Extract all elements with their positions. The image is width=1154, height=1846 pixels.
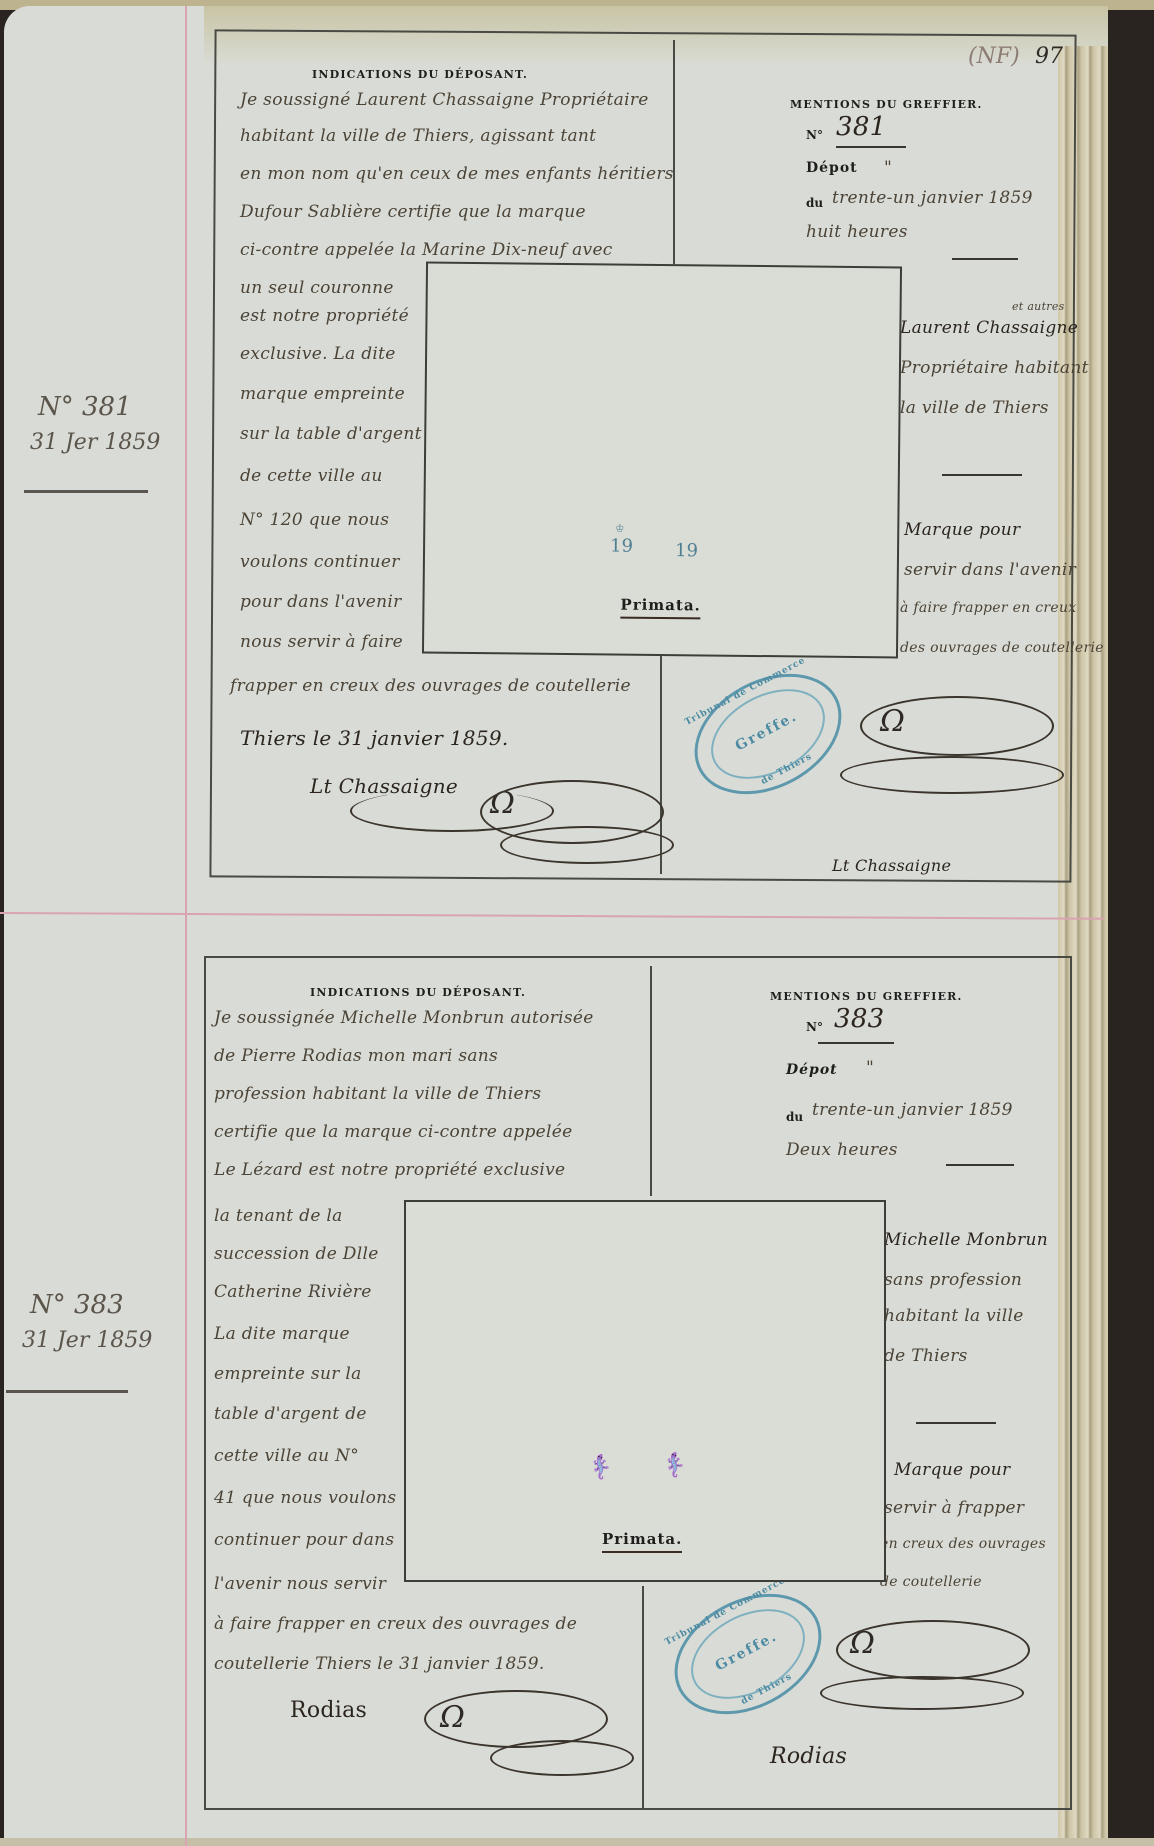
column-divider-top [650, 966, 652, 1196]
clerk-depositor-line: habitant la ville [884, 1306, 1024, 1326]
lizard-icon: 🦎 [657, 1447, 691, 1481]
clerk-purpose-line: des ouvrages de coutellerie [900, 640, 1104, 656]
declaration-date-line: Thiers le 31 janvier 1859. [240, 726, 509, 750]
clerk-header: Mentions du greffier. [770, 990, 963, 1003]
declaration-line: cette ville au N° [214, 1446, 359, 1466]
declaration-date-line: coutellerie Thiers le 31 janvier 1859. [214, 1654, 545, 1674]
margin-note-number: N° 383 [30, 1290, 152, 1320]
margin-line-vertical [185, 6, 187, 1846]
time-rule [946, 1164, 1014, 1166]
clerk-signature-flourish [860, 696, 1054, 756]
section-rule [916, 1422, 996, 1424]
margin-note-date: 31 Jer 1859 [30, 430, 160, 455]
declaration-line: certifie que la marque ci-contre appelée [214, 1122, 572, 1142]
declaration-line: succession de Dlle [214, 1244, 379, 1264]
clerk-depositor-signature: Lt Chassaigne [832, 856, 951, 875]
declaration-line: 41 que nous voulons [214, 1488, 396, 1508]
margin-note: N° 381 31 Jer 1859 [38, 392, 160, 455]
deposit-date: trente-un janvier 1859 [832, 188, 1033, 208]
column-divider-top [673, 40, 675, 270]
clerk-purpose-line: Marque pour [894, 1460, 1010, 1480]
declaration-line: continuer pour dans [214, 1530, 394, 1550]
clerk-depositor-line: la ville de Thiers [900, 398, 1049, 418]
declaration-line: en mon nom qu'en ceux de mes enfants hér… [240, 164, 674, 184]
margin-note-underline [24, 490, 148, 493]
declaration-line: l'avenir nous servir [214, 1574, 386, 1594]
deposit-time: huit heures [806, 222, 908, 242]
lizard-icon: 🦎 [583, 1449, 617, 1483]
declaration-line: nous servir à faire [240, 632, 403, 652]
mark-name: Primata. [620, 596, 701, 620]
declaration-line: Je soussigné Laurent Chassaigne Propriét… [240, 90, 649, 110]
declaration-line: empreinte sur la [214, 1364, 362, 1384]
clerk-depositor-signature: Rodias [770, 1744, 847, 1769]
declaration-line: ci-contre appelée la Marine Dix-neuf ave… [240, 240, 613, 260]
margin-note-date: 31 Jer 1859 [22, 1328, 152, 1353]
declaration-line: N° 120 que nous [240, 510, 389, 530]
clerk-purpose-line: Marque pour [904, 520, 1020, 540]
clerk-purpose-line: servir dans l'avenir [904, 560, 1076, 580]
depositor-header: Indications du déposant. [312, 68, 528, 81]
clerk-depositor-line: sans profession [884, 1270, 1022, 1290]
time-rule [952, 258, 1018, 260]
deposit-time: Deux heures [786, 1140, 898, 1160]
section-rule [942, 474, 1022, 476]
declaration-line: habitant la ville de Thiers, agissant ta… [240, 126, 596, 146]
declaration-line: pour dans l'avenir [240, 592, 402, 612]
number-label: N° [806, 1020, 823, 1034]
declaration-line: exclusive. La dite [240, 344, 396, 364]
mark-glyph: 19 [675, 540, 698, 561]
depot-label: Dépot [806, 160, 858, 176]
clerk-signature-flourish [490, 1740, 634, 1776]
clerk-purpose-line: à faire frapper en creux [900, 600, 1077, 616]
clerk-purpose-line: servir à frapper [884, 1498, 1024, 1518]
clerk-signature-flourish [424, 1690, 608, 1748]
clerk-signature-flourish [836, 1620, 1030, 1680]
clerk-depositor-line: Propriétaire habitant [900, 358, 1089, 378]
clerk-purpose-line: de coutellerie [880, 1574, 982, 1590]
trademark-imprint-box: 🦎 🦎 Primata. [404, 1200, 886, 1582]
depot-value: " [866, 1058, 874, 1078]
du-label: du [786, 1110, 803, 1124]
clerk-signature-flourish [820, 1676, 1024, 1710]
clerk-signature-flourish [500, 826, 674, 864]
column-divider-bottom [642, 1586, 644, 1808]
clerk-signature-flourish [840, 756, 1064, 794]
number-label: N° [806, 128, 823, 142]
declaration-line: La dite marque [214, 1324, 350, 1344]
number-underline [836, 146, 906, 148]
declaration-line: Je soussignée Michelle Monbrun autorisée [214, 1008, 594, 1028]
du-label: du [806, 196, 823, 210]
mark-glyph: 19 [610, 535, 633, 556]
declaration-line: est notre propriété [240, 306, 409, 326]
declaration-line: table d'argent de [214, 1404, 367, 1424]
declaration-line: marque empreinte [240, 384, 405, 404]
declaration-line: sur la table d'argent [240, 424, 422, 444]
deposit-number: 383 [834, 1004, 885, 1034]
clerk-depositor-line: et autres [1012, 300, 1065, 313]
declaration-line: Catherine Rivière [214, 1282, 372, 1302]
declaration-line: Le Lézard est notre propriété exclusive [214, 1160, 565, 1180]
declaration-line: de cette ville au [240, 466, 383, 486]
mark-name: Primata. [602, 1530, 682, 1553]
margin-note: N° 383 31 Jer 1859 [30, 1290, 152, 1353]
clerk-depositor-line: Michelle Monbrun [884, 1230, 1048, 1250]
crown-icon: ♔ [615, 524, 624, 535]
clerk-depositor-line: Laurent Chassaigne [900, 318, 1078, 338]
margin-note-underline [6, 1390, 128, 1393]
depot-label: Dépot [786, 1062, 838, 1078]
deposit-date: trente-un janvier 1859 [812, 1100, 1013, 1120]
declaration-line: de Pierre Rodias mon mari sans [214, 1046, 498, 1066]
margin-note-number: N° 381 [38, 392, 160, 422]
book-bottom-edge [0, 1838, 1154, 1846]
clerk-header: Mentions du greffier. [790, 98, 983, 111]
declaration-line: Dufour Sablière certifie que la marque [240, 202, 586, 222]
number-underline [818, 1042, 894, 1044]
declaration-line: voulons continuer [240, 552, 400, 572]
trademark-imprint-box: ♔ 19 19 Primata. [422, 262, 902, 659]
declaration-line: profession habitant la ville de Thiers [214, 1084, 541, 1104]
deposit-number: 381 [836, 112, 887, 142]
declaration-line: un seul couronne [240, 278, 394, 298]
declaration-line: frapper en creux des ouvrages de coutell… [230, 676, 631, 696]
declaration-line: la tenant de la [214, 1206, 343, 1226]
declaration-line: à faire frapper en creux des ouvrages de [214, 1614, 577, 1634]
clerk-depositor-line: de Thiers [884, 1346, 968, 1366]
clerk-purpose-line: en creux des ouvrages [880, 1536, 1046, 1552]
depositor-header: Indications du déposant. [310, 986, 526, 999]
depositor-signature: Rodias [290, 1698, 367, 1723]
depot-value: " [884, 158, 892, 178]
